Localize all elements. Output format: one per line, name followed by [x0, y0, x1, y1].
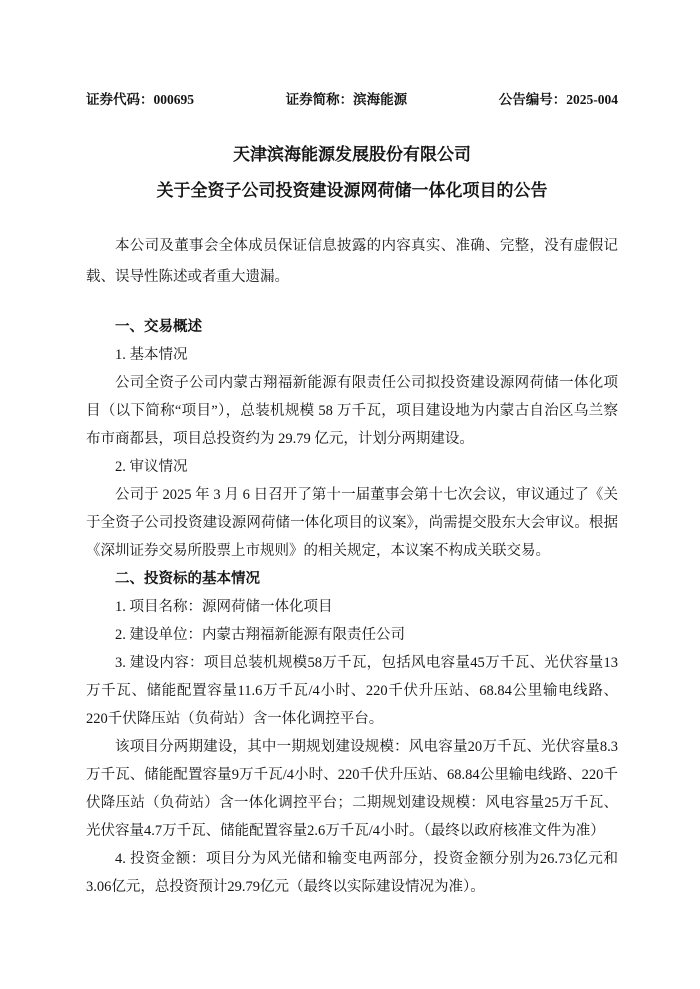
company-name-title: 天津滨海能源发展股份有限公司	[86, 144, 618, 166]
announcement-number: 公告编号：2025-004	[499, 88, 618, 108]
announcement-document: 证券代码：000695 证券简称：滨海能源 公告编号：2025-004 天津滨海…	[0, 0, 700, 989]
stock-code: 证券代码：000695	[86, 88, 194, 108]
section-2-project-name: 1. 项目名称：源网荷储一体化项目	[86, 593, 618, 621]
section-1-subitem-review: 2. 审议情况	[86, 453, 618, 481]
section-1-review-paragraph: 公司于 2025 年 3 月 6 日召开了第十一届董事会第十七次会议，审议通过了…	[86, 481, 618, 565]
section-1-subitem-basic-info: 1. 基本情况	[86, 341, 618, 369]
stock-short-name: 证券简称：滨海能源	[286, 88, 408, 108]
section-2-construction-content: 3. 建设内容：项目总装机规模58万千瓦，包括风电容量45万千瓦、光伏容量13万…	[86, 649, 618, 733]
section-2-investment-amount: 4. 投资金额：项目分为风光储和输变电两部分，投资金额分别为26.73亿元和3.…	[86, 845, 618, 901]
section-2-phases-paragraph: 该项目分两期建设，其中一期规划建设规模：风电容量20万千瓦、光伏容量8.3万千瓦…	[86, 733, 618, 845]
document-header: 证券代码：000695 证券简称：滨海能源 公告编号：2025-004	[86, 88, 618, 108]
section-1-basic-info-paragraph: 公司全资子公司内蒙古翔福新能源有限责任公司拟投资建设源网荷储一体化项目（以下简称…	[86, 369, 618, 453]
announcement-title: 关于全资子公司投资建设源网荷储一体化项目的公告	[86, 180, 618, 202]
section-1-heading: 一、交易概述	[86, 313, 618, 341]
disclaimer-statement: 本公司及董事会全体成员保证信息披露的内容真实、准确、完整，没有虚假记载、误导性陈…	[86, 231, 618, 293]
section-2-construction-unit: 2. 建设单位：内蒙古翔福新能源有限责任公司	[86, 621, 618, 649]
section-2-heading: 二、投资标的基本情况	[86, 565, 618, 593]
